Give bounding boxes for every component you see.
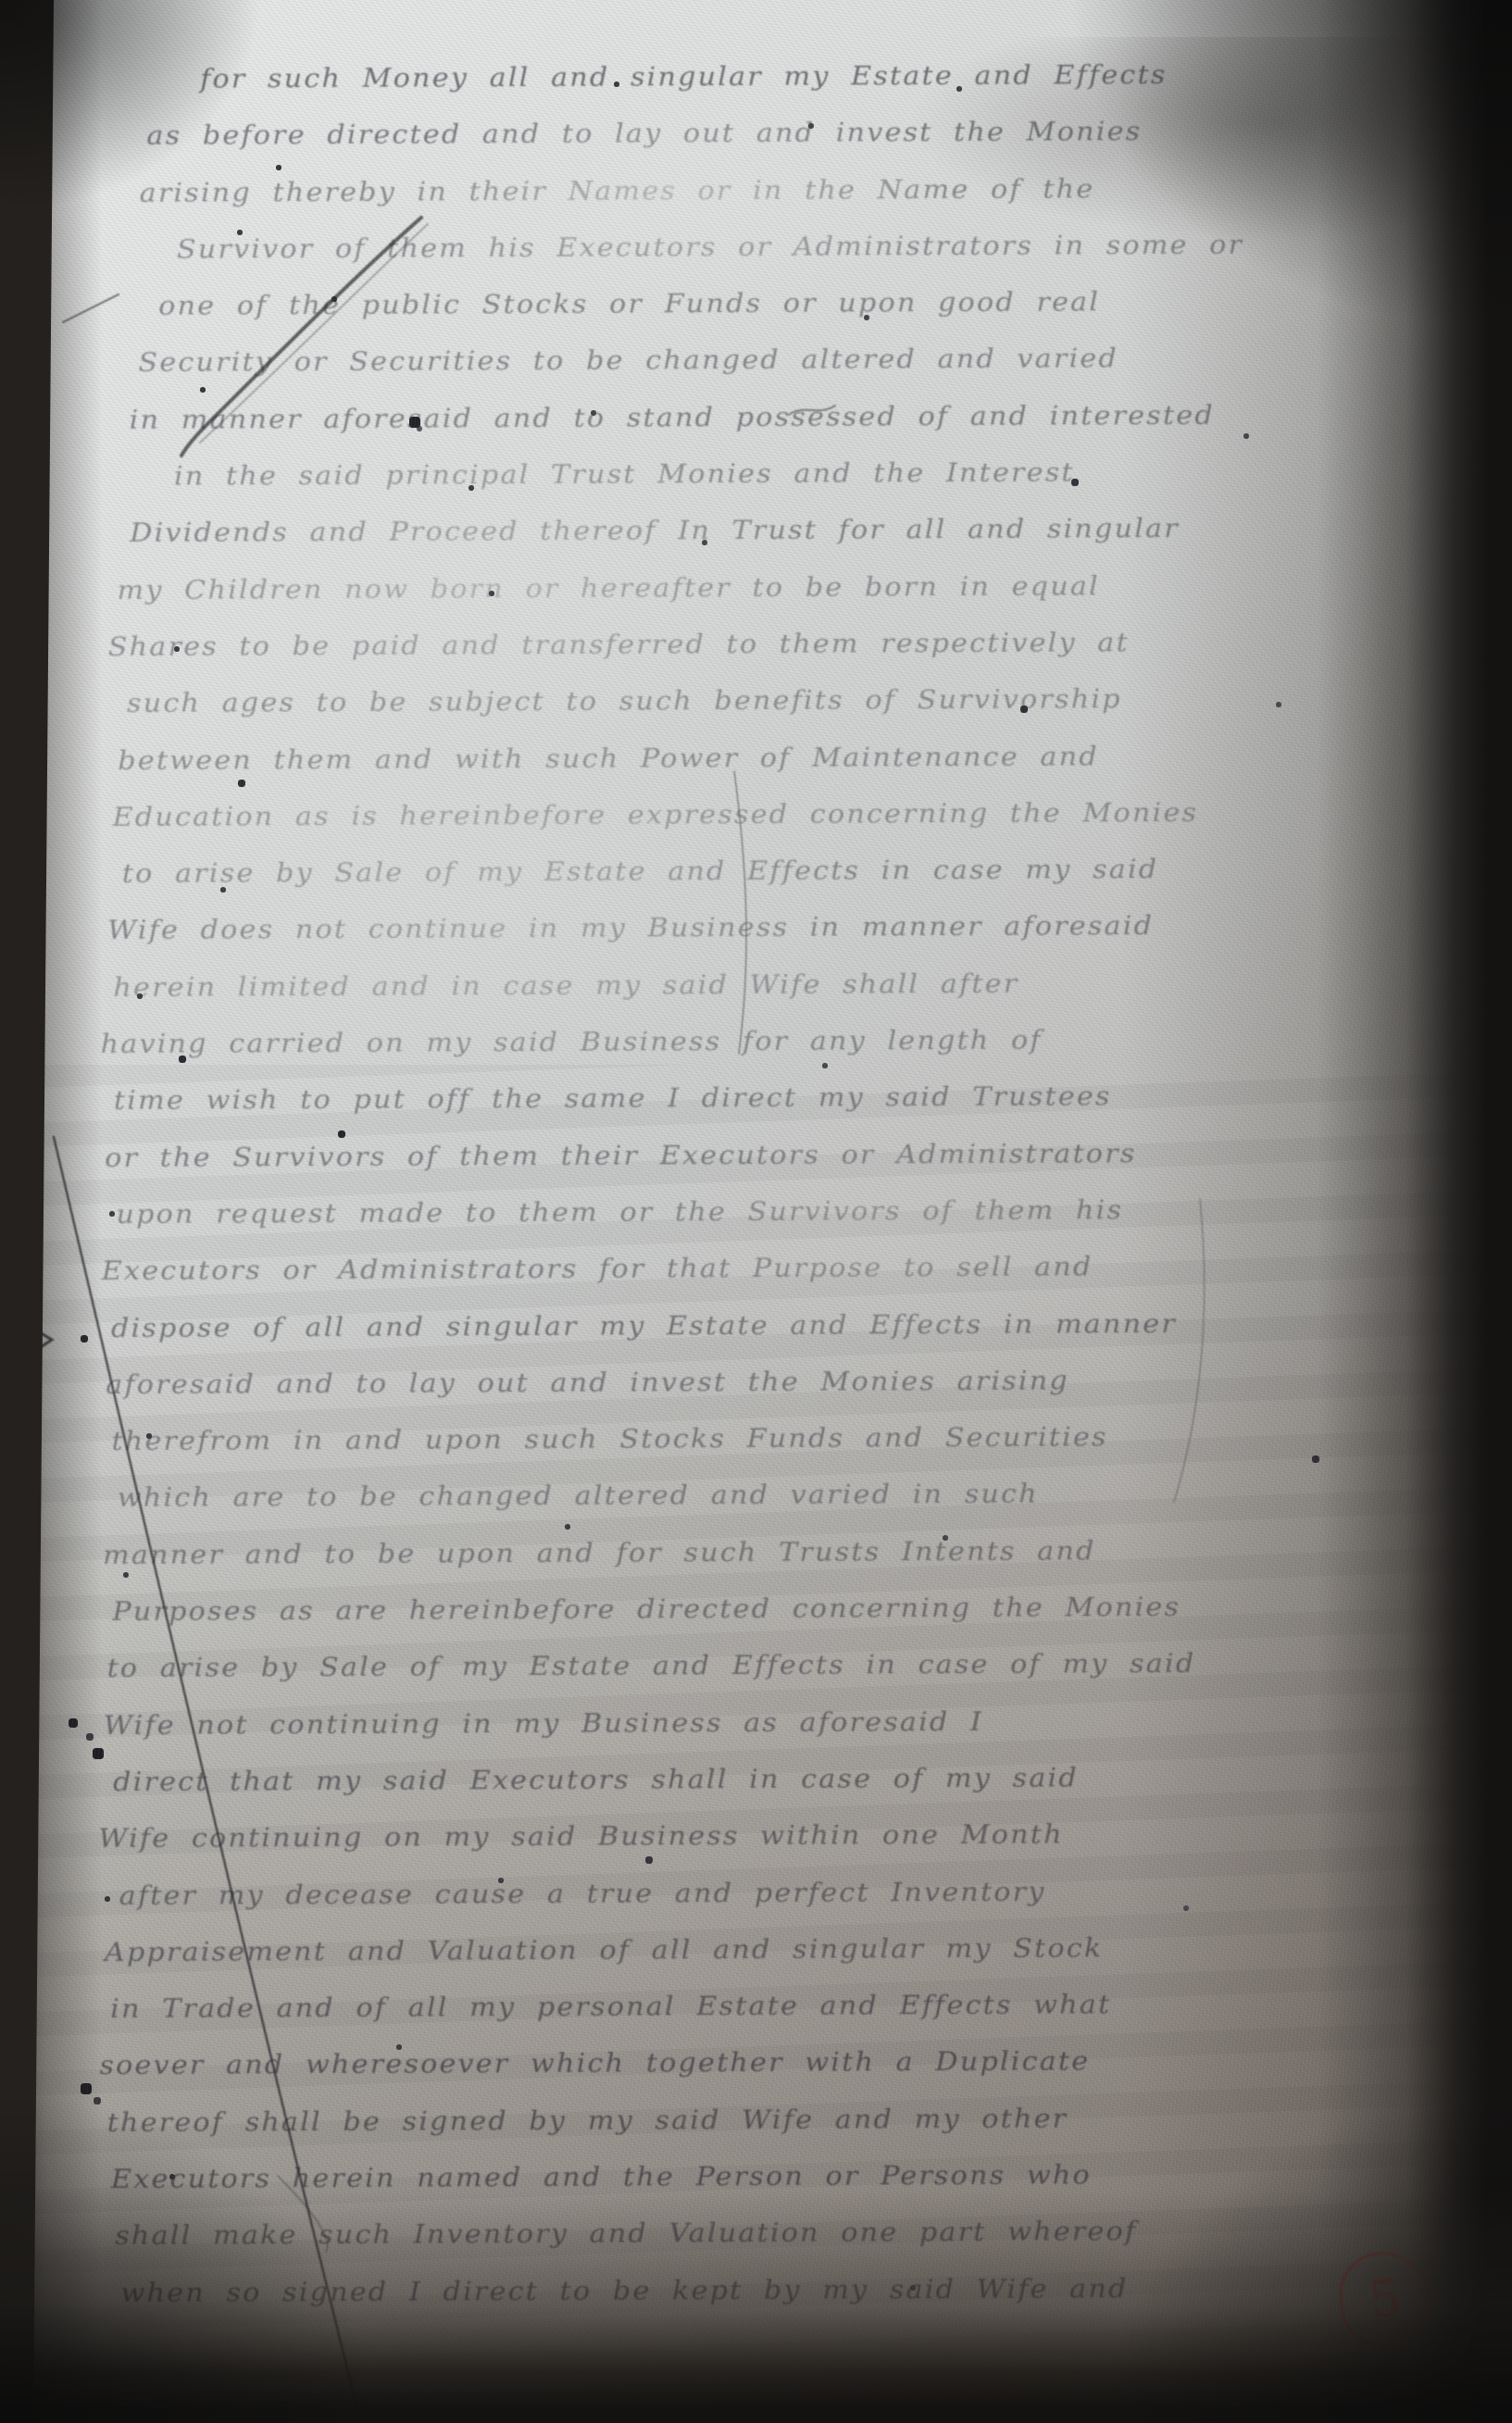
manuscript-line: between them and with such Power of Main… [118,739,1512,802]
scan-edge-left-shadow [0,0,102,2423]
manuscript-line: in Trade and of all my personal Estate a… [110,1987,1512,2050]
manuscript-line: in manner aforesaid and to stand possess… [130,398,1512,461]
manuscript-line: such ages to be subject to such benefits… [127,681,1512,744]
ink-blots [0,0,2,2]
manuscript-line: arising thereby in their Names or in the… [140,171,1512,234]
manuscript-line: time wish to put off the same I direct m… [114,1079,1512,1142]
manuscript-line: as before directed and to lay out and in… [146,114,1512,177]
manuscript-line: having carried on my said Business for a… [101,1022,1512,1085]
manuscript-line: Shares to be paid and transferred to the… [108,625,1512,688]
manuscript-text-block: for such Money all and singular my Estat… [91,58,1453,2334]
folio-number: 5 [1366,2272,1405,2326]
manuscript-line: to arise by Sale of my Estate and Effect… [106,1646,1512,1709]
manuscript-line: therefrom in and upon such Stocks Funds … [111,1419,1512,1482]
manuscript-line: direct that my said Executors shall in c… [113,1760,1512,1823]
manuscript-line: Purposes as are hereinbefore directed co… [112,1590,1512,1653]
manuscript-scan-page: for such Money all and singular my Estat… [0,0,1512,2423]
manuscript-line: Wife not continuing in my Business as af… [104,1704,1512,1767]
manuscript-line: herein limited and in case my said Wife … [113,966,1512,1029]
manuscript-line: Executors or Administrators for that Pur… [102,1249,1512,1312]
manuscript-line: after my decease cause a true and perfec… [119,1874,1512,1937]
manuscript-line: thereof shall be signed by my said Wife … [107,2101,1512,2164]
manuscript-line: manner and to be upon and for such Trust… [103,1533,1512,1596]
manuscript-line: shall make such Inventory and Valuation … [115,2214,1512,2277]
manuscript-line: Appraisement and Valuation of all and si… [105,1930,1512,1993]
manuscript-line: for such Money all and singular my Estat… [200,57,1512,120]
manuscript-line: Wife continuing on my said Business with… [98,1817,1512,1880]
manuscript-line: my Children now born or hereafter to be … [117,568,1512,631]
manuscript-line: aforesaid and to lay out and invest the … [106,1363,1512,1426]
manuscript-line: when so signed I direct to be kept by my… [120,2271,1512,2334]
manuscript-line: in the said principal Trust Monies and t… [174,455,1512,518]
manuscript-line: one of the public Stocks or Funds or upo… [158,284,1512,347]
manuscript-line: Security or Securities to be changed alt… [138,342,1512,405]
manuscript-line: which are to be changed altered and vari… [118,1477,1512,1540]
manuscript-line: Dividends and Proceed thereof In Trust f… [130,512,1512,575]
scan-edge-left [0,0,57,2423]
manuscript-line: Survivor of them his Executors or Admini… [177,228,1512,291]
manuscript-line: upon request made to them or the Survivo… [116,1193,1512,1255]
manuscript-line: soever and wheresoever which together wi… [99,2043,1512,2106]
manuscript-line: Wife does not continue in my Business in… [107,909,1512,972]
manuscript-line: Executors herein named and the Person or… [111,2157,1512,2220]
manuscript-line: dispose of all and singular my Estate an… [111,1306,1512,1369]
manuscript-line: Education as is hereinbefore expressed c… [112,795,1512,858]
manuscript-line: to arise by Sale of my Estate and Effect… [122,852,1512,915]
manuscript-line: or the Survivors of them their Executors… [105,1136,1512,1199]
